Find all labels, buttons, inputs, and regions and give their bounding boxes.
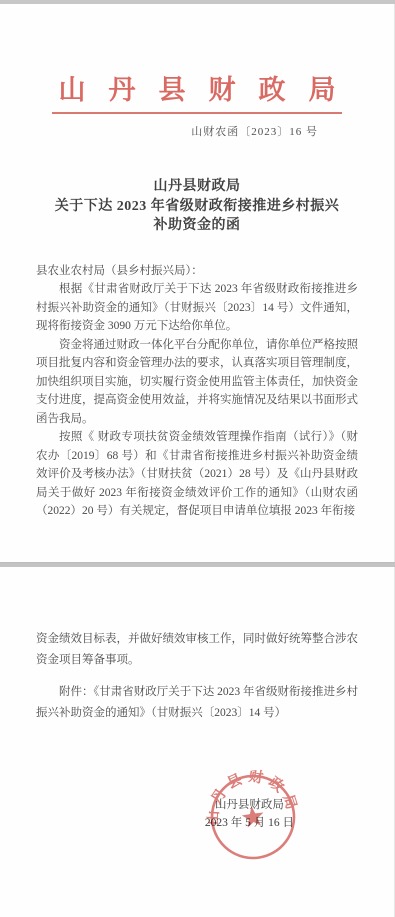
attachment-note: 附件：《甘肃省财政厅关于下达 2023 年省级财衔接推进乡村振兴补助资金的通知》… <box>36 682 358 723</box>
document-number: 山财农函〔2023〕16 号 <box>0 123 394 139</box>
header-divider <box>52 112 342 114</box>
document-title: 山丹县财政局 关于下达 2023 年省级财政衔接推进乡村振兴 补助资金的函 <box>0 177 394 236</box>
document-body-page-2: 资金绩效目标表，并做好绩效审核工作，同时做好统筹整合涉农资金项目筹备事项。 附件… <box>0 567 394 723</box>
star-icon <box>241 805 266 829</box>
body-paragraph-3-continued: 资金绩效目标表，并做好绩效审核工作，同时做好统筹整合涉农资金项目筹备事项。 <box>36 629 358 670</box>
document-page-1: 山丹县财政局 山财农函〔2023〕16 号 山丹县财政局 关于下达 2023 年… <box>0 4 395 562</box>
document-title-line-2: 关于下达 2023 年省级财政衔接推进乡村振兴 <box>0 197 394 217</box>
official-seal: 山丹县财政局 <box>201 765 305 869</box>
document-body-page-1: 县农业农村局（县乡村振兴局）： 根据《甘肃省财政厅关于下达 2023 年省级财政… <box>36 262 358 521</box>
salutation: 县农业农村局（县乡村振兴局）： <box>36 262 358 281</box>
body-paragraph-3: 按照《 财政专项扶贫资金绩效管理操作指南（试行）》（财农办〔2019〕68 号）… <box>36 428 358 521</box>
document-title-line-1: 山丹县财政局 <box>0 177 394 197</box>
body-paragraph-1: 根据《甘肃省财政厅关于下达 2023 年省级财政衔接推进乡村振兴补助资金的通知》… <box>36 280 358 336</box>
document-page-2: 资金绩效目标表，并做好绩效审核工作，同时做好统筹整合涉农资金项目筹备事项。 附件… <box>0 567 395 917</box>
document-title-line-3: 补助资金的函 <box>0 216 394 236</box>
agency-name-header: 山丹县财政局 <box>0 68 394 107</box>
body-paragraph-2: 资金将通过财政一体化平台分配你单位，请你单位严格按照项目批复内容和资金管理办法的… <box>36 336 358 429</box>
